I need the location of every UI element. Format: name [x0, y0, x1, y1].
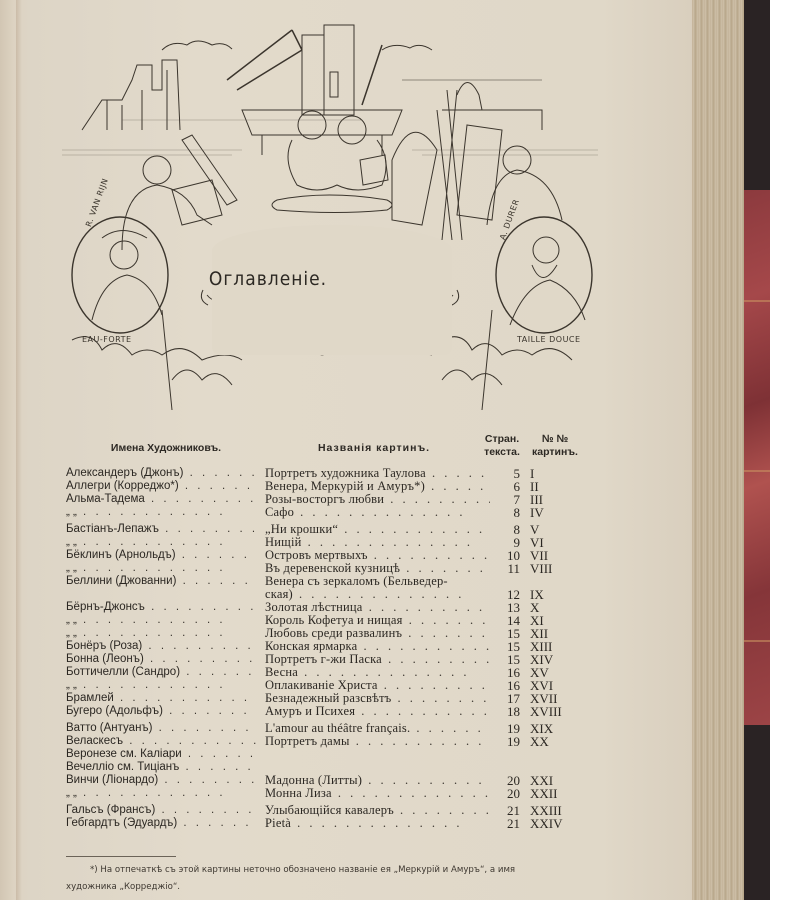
leader-dots: . . . . . . . . . . . .: [163, 705, 256, 717]
leader-dots: . . . . . . . . . . . .: [77, 627, 226, 639]
marble-vein: [744, 470, 770, 472]
leader-dots: . . . . . . . . . . . .: [114, 692, 256, 704]
artist-name: Веронезе см. Каліари . . . . . . . . . .…: [66, 748, 256, 761]
leader-dots: . . . . . . . . . . . . . .: [338, 523, 490, 536]
header-artists: Имена Художниковъ.: [96, 442, 236, 455]
painting-title: Портретъ дамы . . . . . . . . . . . . . …: [265, 735, 490, 748]
leader-dots: . . . . . . . . . . . .: [182, 748, 256, 760]
leader-dots: . . . . . . . . . . . . . .: [355, 705, 490, 718]
plate-number: IV: [530, 506, 590, 519]
leader-dots: . . . . . . . . . . . . . .: [362, 774, 490, 787]
painting-title: Золотая лѣстница . . . . . . . . . . . .…: [265, 601, 490, 614]
page-edges: [692, 0, 744, 900]
header-page-line2: текста.: [482, 446, 522, 459]
leader-dots: . . . . . . . . . . . .: [145, 493, 256, 505]
header-page: Стран. текста.: [482, 433, 522, 459]
plate-number: I: [530, 467, 590, 480]
leader-dots: . . . . . . . . . . . . . .: [294, 506, 466, 519]
left-medallion-technique: EAU-FORTE: [82, 335, 132, 344]
painting-title: Портретъ художника Таулова . . . . . . .…: [265, 467, 490, 480]
leader-dots: . . . . . . . . . . . . . .: [400, 562, 490, 575]
gutter-shadow: [16, 0, 22, 900]
leader-dots: . . . . . . . . . . . .: [77, 562, 226, 574]
artist-name: „ „ . . . . . . . . . . . .: [66, 536, 256, 549]
artist-name: „ „ . . . . . . . . . . . .: [66, 787, 256, 800]
artist-name: Веласкесъ . . . . . . . . . . . .: [66, 735, 256, 748]
leader-dots: . . . . . . . . . . . .: [152, 722, 256, 734]
title-cartouche: [212, 225, 452, 355]
text-page: 21: [492, 817, 520, 830]
leader-dots: . . . . . . . . . . . .: [176, 549, 256, 561]
leader-dots: . . . . . . . . . . . .: [158, 774, 256, 786]
leader-dots: . . . . . . . . . . . . . .: [298, 666, 470, 679]
artist-name: „ „ . . . . . . . . . . . .: [66, 562, 256, 575]
text-page: 19: [492, 735, 520, 748]
leader-dots: . . . . . . . . . . . . . .: [425, 480, 490, 493]
header-number: № № картинъ.: [527, 433, 583, 459]
leader-dots: . . . . . . . . . . . .: [77, 787, 226, 799]
leader-dots: . . . . . . . . . . . .: [77, 506, 226, 518]
leader-dots: . . . . . . . . . . . .: [159, 523, 256, 535]
artist-name: Бугеро (Адольфъ) . . . . . . . . . . . .: [66, 705, 256, 718]
leader-dots: . . . . . . . . . . . . . .: [302, 536, 474, 549]
painting-title: Весна . . . . . . . . . . . . . .: [265, 666, 490, 679]
painting-title: Улыбающійся кавалеръ . . . . . . . . . .…: [265, 804, 490, 817]
artist-name: „ „ . . . . . . . . . . . .: [66, 506, 256, 519]
artist-name: Бастіанъ-Лепажъ . . . . . . . . . . . .: [66, 523, 256, 536]
text-page: 11: [492, 562, 520, 575]
background: [770, 0, 788, 900]
painting-title: ская) . . . . . . . . . . . . . .: [265, 588, 490, 601]
header-number-line2: картинъ.: [527, 446, 583, 459]
leader-dots: . . . . . . . . . . . .: [177, 817, 256, 829]
footnote: *) На отпечаткѣ съ этой картины неточно …: [66, 862, 611, 896]
plate-number: XVIII: [530, 705, 590, 718]
leader-dots: . . . . . . . . . . . . . .: [350, 735, 490, 748]
leader-dots: . . . . . . . . . . . .: [77, 614, 226, 626]
marble-vein: [744, 640, 770, 642]
artist-name: Бонна (Леонъ) . . . . . . . . . . . .: [66, 653, 256, 666]
artist-name: Гальсъ (Франсъ) . . . . . . . . . . . .: [66, 804, 256, 817]
plate-number: XX: [530, 735, 590, 748]
artist-name: Александеръ (Джонъ) . . . . . . . . . . …: [66, 467, 256, 480]
plate-number: VIII: [530, 562, 590, 575]
toc-row: ская) . . . . . . . . . . . . . .12IX: [66, 588, 626, 601]
toc-row: „ „ . . . . . . . . . . . .Монна Лиза . …: [66, 787, 626, 800]
painting-title: Островъ мертвыхъ . . . . . . . . . . . .…: [265, 549, 490, 562]
artist-name: „ „ . . . . . . . . . . . .: [66, 627, 256, 640]
leader-dots: . . . . . . . . . . . . . .: [384, 493, 490, 506]
text-page: 8: [492, 506, 520, 519]
painting-title: Оплакиваніе Христа . . . . . . . . . . .…: [265, 679, 490, 692]
plate-number: XXII: [530, 787, 590, 800]
toc-row: Бугеро (Адольфъ) . . . . . . . . . . . .…: [66, 705, 626, 718]
toc-row: „ „ . . . . . . . . . . . .Сафо . . . . …: [66, 506, 626, 519]
painting-title: Венера, Меркурій и Амуръ*) . . . . . . .…: [265, 480, 490, 493]
leader-dots: . . . . . . . . . . . .: [176, 575, 256, 587]
page-title: Оглавленіе.: [188, 268, 348, 290]
painting-title: Безнадежный разсвѣтъ . . . . . . . . . .…: [265, 692, 490, 705]
artist-name: Бонёръ (Роза) . . . . . . . . . . . .: [66, 640, 256, 653]
artist-name: Вечелліо см. Тиціанъ . . . . . . . . . .…: [66, 761, 256, 774]
leader-dots: . . . . . . . . . . . . . .: [391, 692, 490, 705]
leader-dots: . . . . . . . . . . . .: [179, 480, 256, 492]
artist-name: Беллини (Джованни) . . . . . . . . . . .…: [66, 575, 256, 588]
footnote-line-2: художника „Корреджіо“.: [66, 882, 180, 892]
header-page-line1: Стран.: [482, 433, 522, 446]
artist-name: Винчи (Ліонардо) . . . . . . . . . . . .: [66, 774, 256, 787]
engraving-illustration: EAU-FORTE R. VAN RIJN TAILLE DOUCE A. DU…: [62, 10, 598, 415]
header-titles: Названія картинъ.: [294, 442, 454, 455]
footnote-line-1: *) На отпечаткѣ съ этой картины неточно …: [66, 862, 611, 879]
artist-name: Боттичелли (Сандро) . . . . . . . . . . …: [66, 666, 256, 679]
leader-dots: . . . . . . . . . . . .: [183, 467, 256, 479]
leader-dots: . . . . . . . . . . . . . .: [382, 653, 490, 666]
right-medallion-technique: TAILLE DOUCE: [517, 335, 581, 344]
painting-title: Мадонна (Литты) . . . . . . . . . . . . …: [265, 774, 490, 787]
leader-dots: . . . . . . . . . . . .: [142, 640, 256, 652]
artist-name: Брамлей . . . . . . . . . . . .: [66, 692, 256, 705]
painting-title: Конская ярмарка . . . . . . . . . . . . …: [265, 640, 490, 653]
painting-title: Въ деревенской кузницѣ . . . . . . . . .…: [265, 562, 490, 575]
leader-dots: . . . . . . . . . . . .: [144, 653, 256, 665]
leader-dots: . . . . . . . . . . . .: [77, 536, 226, 548]
leader-dots: . . . . . . . . . . . .: [145, 601, 256, 613]
toc-row: Гебгардтъ (Эдуардъ) . . . . . . . . . . …: [66, 817, 626, 830]
toc-row: „ „ . . . . . . . . . . . .Въ деревенско…: [66, 562, 626, 575]
leader-dots: . . . . . . . . . . . . . .: [403, 614, 490, 627]
leader-dots: . . . . . . . . . . . . . .: [357, 640, 490, 653]
artist-name: Бёрнъ-Джонсъ . . . . . . . . . . . .: [66, 601, 256, 614]
painting-title: Монна Лиза . . . . . . . . . . . . . .: [265, 787, 490, 800]
text-page: 18: [492, 705, 520, 718]
artist-name: „ „ . . . . . . . . . . . .: [66, 679, 256, 692]
leader-dots: . . . . . . . . . . . .: [155, 804, 256, 816]
toc-row: Веронезе см. Каліари . . . . . . . . . .…: [66, 748, 626, 761]
painting-title: Сафо . . . . . . . . . . . . . .: [265, 506, 490, 519]
painting-title: Амуръ и Психея . . . . . . . . . . . . .…: [265, 705, 490, 718]
leader-dots: . . . . . . . . . . . .: [180, 666, 256, 678]
painting-title: Король Кофетуа и нищая . . . . . . . . .…: [265, 614, 490, 627]
text-page: 20: [492, 787, 520, 800]
artist-name: Гебгардтъ (Эдуардъ) . . . . . . . . . . …: [66, 817, 256, 830]
leader-dots: . . . . . . . . . . . .: [123, 735, 256, 747]
painting-title: Венера съ зеркаломъ (Бельведер-: [265, 575, 490, 588]
header-number-line1: № №: [527, 433, 583, 446]
leader-dots: . . . . . . . . . . . . . .: [291, 817, 463, 830]
painting-title: L'amour au théâtre français. . . . . . .…: [265, 722, 490, 735]
artist-name: Аллегри (Корреджо*) . . . . . . . . . . …: [66, 480, 256, 493]
painting-title: Любовь среди развалинъ . . . . . . . . .…: [265, 627, 490, 640]
marbled-cover-panel: [744, 190, 770, 725]
leader-dots: . . . . . . . . . . . .: [179, 761, 256, 773]
leader-dots: . . . . . . . . . . . . . .: [394, 804, 490, 817]
leader-dots: . . . . . . . . . . . . . .: [332, 787, 490, 800]
painting-title: Нищій . . . . . . . . . . . . . .: [265, 536, 490, 549]
painting-title: „Ни крошки“ . . . . . . . . . . . . . .: [265, 523, 490, 536]
leader-dots: . . . . . . . . . . . . . .: [426, 467, 490, 480]
artist-name: Альма-Тадема . . . . . . . . . . . .: [66, 493, 256, 506]
painting-title: Портретъ г-жи Паска . . . . . . . . . . …: [265, 653, 490, 666]
footnote-rule: [66, 856, 176, 857]
artist-name: Ватто (Антуанъ) . . . . . . . . . . . .: [66, 722, 256, 735]
artist-name: Бёклинъ (Арнольдъ) . . . . . . . . . . .…: [66, 549, 256, 562]
leader-dots: . . . . . . . . . . . . . .: [378, 679, 490, 692]
leader-dots: . . . . . . . . . . . . . .: [293, 588, 465, 601]
artist-name: „ „ . . . . . . . . . . . .: [66, 614, 256, 627]
plate-number: IX: [530, 588, 590, 601]
leader-dots: . . . . . . . . . . . .: [77, 679, 226, 691]
leader-dots: . . . . . . . . . . . . . .: [368, 549, 490, 562]
toc-row: Александеръ (Джонъ) . . . . . . . . . . …: [66, 467, 626, 480]
leader-dots: . . . . . . . . . . . . . .: [363, 601, 490, 614]
painting-title: Розы-восторгъ любви . . . . . . . . . . …: [265, 493, 490, 506]
leader-dots: . . . . . . . . . . . . . .: [402, 627, 490, 640]
painting-title: Pietà . . . . . . . . . . . . . .: [265, 817, 490, 830]
toc-row: Веласкесъ . . . . . . . . . . . .Портрет…: [66, 735, 626, 748]
plate-number: XXIV: [530, 817, 590, 830]
leader-dots: . . . . . . . . . . . . . .: [410, 722, 490, 735]
marble-vein: [744, 300, 770, 302]
